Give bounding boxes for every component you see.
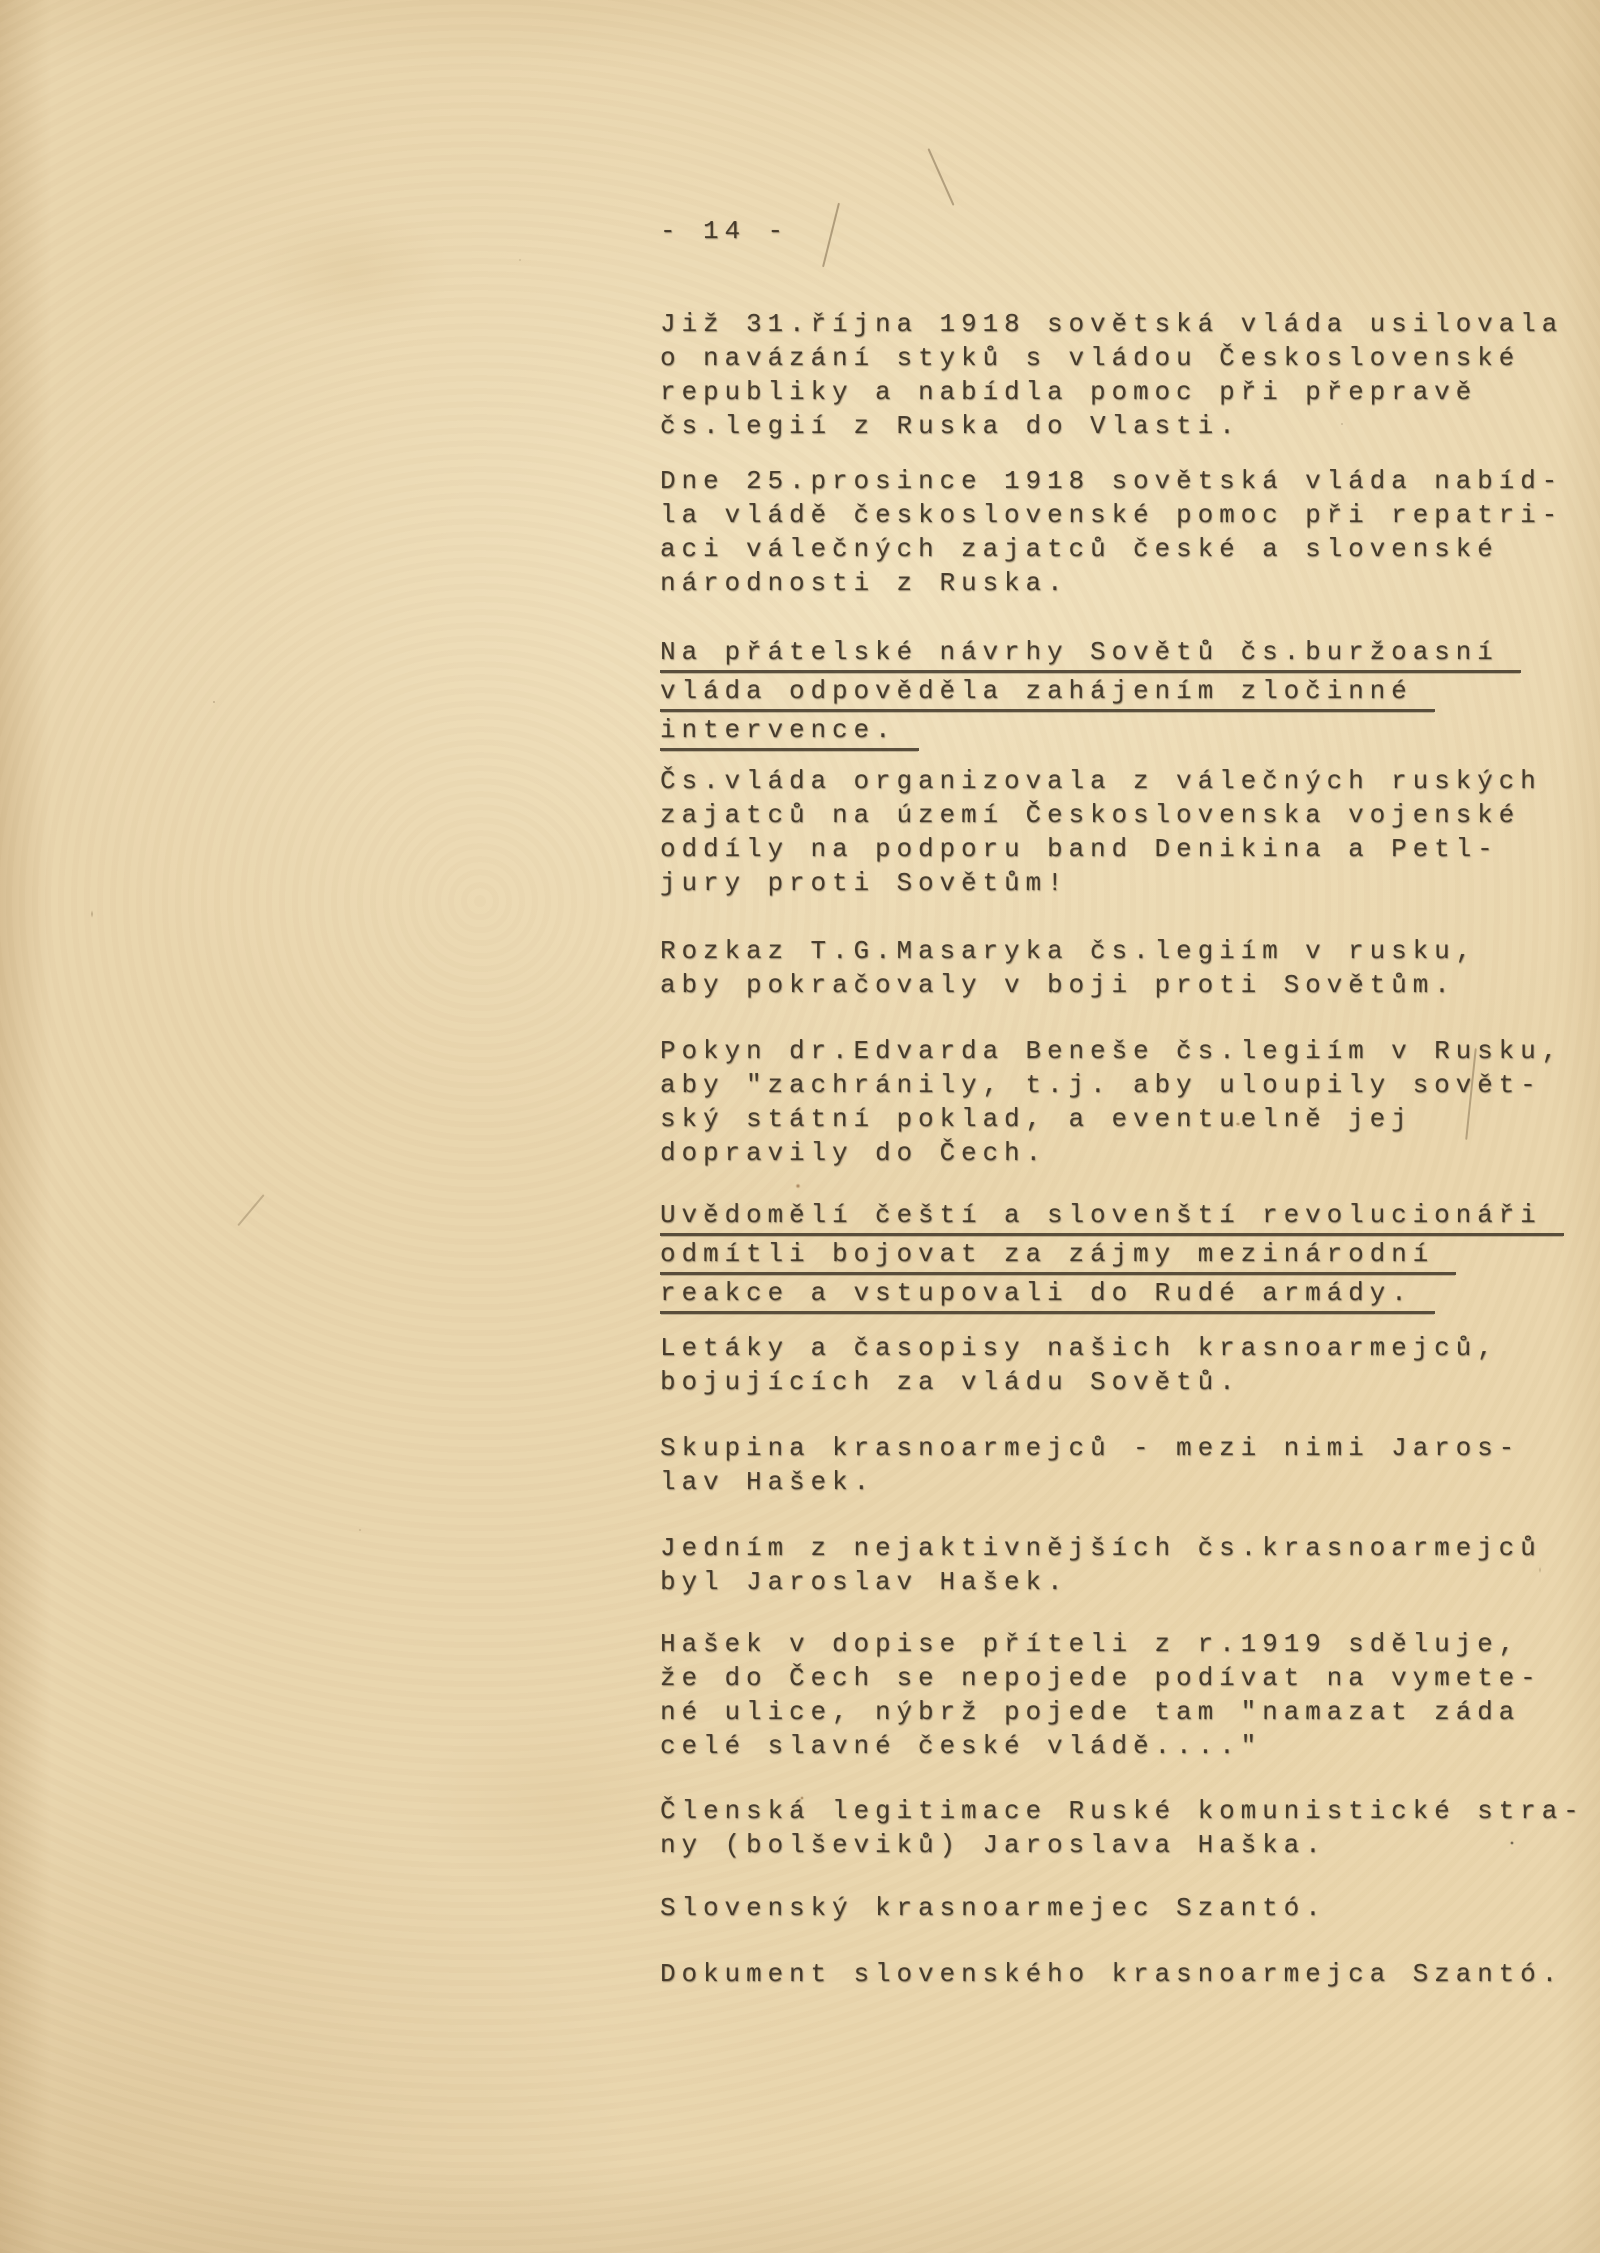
text-column: - 14 - Již 31.října 1918 sovětská vláda … [0,0,1600,2253]
paragraph: Dokument slovenského krasnoarmejca Szant… [660,1957,1563,1991]
text-line: Již 31.října 1918 sovětská vláda usilova… [660,307,1563,341]
text-line: celé slavné české vládě...." [660,1729,1262,1763]
text-line: oddíly na podporu band Denikina a Petl- [660,832,1499,866]
paragraph: Dne 25.prosince 1918 sovětská vláda nabí… [660,464,1563,600]
paragraph: Hašek v dopise příteli z r.1919 sděluje,… [660,1627,1542,1763]
text-line: Skupina krasnoarmejců - mezi nimi Jaros- [660,1431,1520,1465]
text-line: aci válečných zajatců české a slovenské [660,532,1499,566]
text-line: né ulice, nýbrž pojede tam "namazat záda [660,1695,1520,1729]
text-line: ny (bolševiků) Jaroslava Haška. [660,1828,1327,1862]
text-line: byl Jaroslav Hašek. [660,1565,1069,1599]
document-page: - 14 - Již 31.října 1918 sovětská vláda … [0,0,1600,2253]
text-line: Pokyn dr.Edvarda Beneše čs.legiím v Rusk… [660,1034,1563,1068]
text-line: Členská legitimace Ruské komunistické st… [660,1794,1585,1828]
text-line: že do Čech se nepojede podívat na vymete… [660,1661,1542,1695]
paragraph: Již 31.října 1918 sovětská vláda usilova… [660,307,1563,443]
text-line: Letáky a časopisy našich krasnoarmejců, [660,1331,1499,1365]
paragraph: Letáky a časopisy našich krasnoarmejců,b… [660,1331,1499,1399]
text-line: jury proti Sovětům! [660,866,1069,900]
paragraph: Pokyn dr.Edvarda Beneše čs.legiím v Rusk… [660,1034,1563,1170]
text-line: bojujících za vládu Sovětů. [660,1365,1241,1399]
paragraph: Čs.vláda organizovala z válečných ruskýc… [660,764,1542,900]
text-line: Na přátelské návrhy Sovětů čs.buržoasní [660,634,1521,673]
paragraph: Skupina krasnoarmejců - mezi nimi Jaros-… [660,1431,1520,1499]
text-line: národnosti z Ruska. [660,566,1069,600]
text-line: ský státní poklad, a eventuelně jej [660,1102,1413,1136]
text-line: Hašek v dopise příteli z r.1919 sděluje, [660,1627,1520,1661]
text-line: odmítli bojovat za zájmy mezinárodní [660,1236,1456,1275]
text-line: vláda odpověděla zahájením zločinné [660,673,1435,712]
underlined-paragraph: Na přátelské návrhy Sovětů čs.buržoasnív… [660,634,1521,751]
text-line: republiky a nabídla pomoc při přepravě [660,375,1477,409]
text-line: Rozkaz T.G.Masaryka čs.legiím v rusku, [660,934,1477,968]
underlined-paragraph: Uvědomělí čeští a slovenští revolucionář… [660,1197,1564,1314]
text-line: lav Hašek. [660,1465,875,1499]
text-line: o navázání styků s vládou Československé [660,341,1520,375]
text-line: aby pokračovaly v boji proti Sovětům. [660,968,1456,1002]
text-line: čs.legií z Ruska do Vlasti. [660,409,1241,443]
text-line: zajatců na území Československa vojenské [660,798,1520,832]
text-line: la vládě československé pomoc při repatr… [660,498,1563,532]
paragraph: Rozkaz T.G.Masaryka čs.legiím v rusku,ab… [660,934,1477,1002]
text-line: intervence. [660,712,919,751]
paragraph: Jedním z nejaktivnějších čs.krasnoarmejc… [660,1531,1542,1599]
text-line: dopravily do Čech. [660,1136,1047,1170]
text-line: Uvědomělí čeští a slovenští revolucionář… [660,1197,1564,1236]
text-line: reakce a vstupovali do Rudé armády. [660,1275,1435,1314]
text-line: Slovenský krasnoarmejec Szantó. [660,1891,1327,1925]
page-number: - 14 - [660,214,789,248]
text-line: Čs.vláda organizovala z válečných ruskýc… [660,764,1542,798]
paragraph: Členská legitimace Ruské komunistické st… [660,1794,1585,1862]
text-line: Jedním z nejaktivnějších čs.krasnoarmejc… [660,1531,1542,1565]
text-line: Dne 25.prosince 1918 sovětská vláda nabí… [660,464,1563,498]
text-line: aby "zachránily, t.j. aby uloupily sovět… [660,1068,1542,1102]
paragraph: Slovenský krasnoarmejec Szantó. [660,1891,1327,1925]
text-line: Dokument slovenského krasnoarmejca Szant… [660,1957,1563,1991]
